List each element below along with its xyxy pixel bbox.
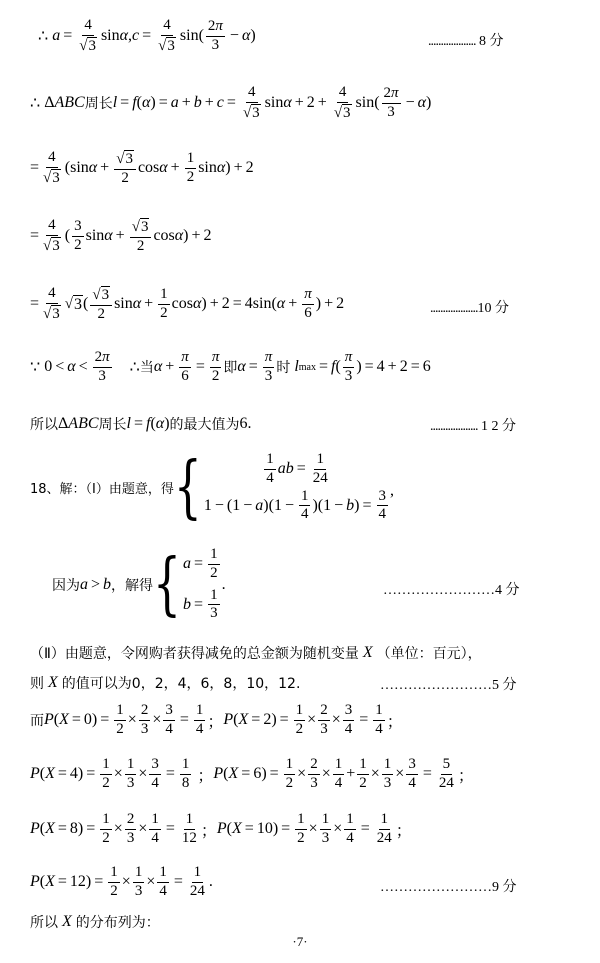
left-brace-icon: { <box>153 526 181 642</box>
fraction: 4√3 <box>41 218 63 254</box>
text-line-distribution: 所以 X 的分布列为： <box>30 912 160 932</box>
fraction: 4√3 <box>332 85 354 121</box>
score-9: ……………………9 分 <box>380 876 517 896</box>
therefore-symbol: ∴ <box>38 26 48 46</box>
probability-line-12: P(X=12)=12×13×14=124. <box>30 865 213 900</box>
question-18-system: 18、解：（Ⅰ）由题意，得 { 14ab=124 1−(1−a)(1−14)(1… <box>30 452 394 523</box>
equation-line-a-c: ∴ a= 4√3 sinα,c= 4√3 sin(2π3−α) <box>38 18 256 54</box>
fraction: √32 <box>114 150 136 186</box>
probability-line-0-2: 而P(X=0)=12×23×34=14；P(X=2)=12×23×34=14； <box>30 703 403 738</box>
fraction: 12 <box>185 151 197 186</box>
fraction: π3 <box>343 350 355 385</box>
text-line-max-value: 所以ΔABC周长l=f(α)的最大值为6. <box>30 414 252 434</box>
equation-line-simplify: =4√3√3(√32sinα+12cosα)+2=4sin(α+π6)+2 <box>30 286 344 322</box>
solution-a-b: 因为a>b，解得 { a=12 b=13 . <box>52 547 226 622</box>
probability-line-8-10: P(X=8)=12×23×14=112；P(X=10)=12×13×14=124… <box>30 812 412 847</box>
text-line-part-2: （Ⅱ）由题意，令网购者获得减免的总金额为随机变量 X （单位：百元）， <box>30 643 482 663</box>
fraction: 4√3 <box>156 18 178 54</box>
score-8: ................... 8 分 <box>428 30 504 50</box>
fraction: 4√3 <box>241 85 263 121</box>
solution-system: { a=12 b=13 <box>153 547 222 622</box>
fraction: 2π3 <box>382 86 401 121</box>
equation-system: { 14ab=124 1−(1−a)(1−14)(1−b)=34 <box>174 452 390 523</box>
fraction: √32 <box>130 218 152 254</box>
page-number: ·7· <box>0 934 600 950</box>
fraction: π2 <box>210 350 222 385</box>
fraction: 4√3 <box>41 286 63 322</box>
fraction: √32 <box>90 286 112 322</box>
equation-line-perimeter: ∴ ΔABC周长l=f(α)=a+b+c= 4√3 sinα+2+ 4√3 si… <box>30 85 431 121</box>
fraction: 4√3 <box>77 18 99 54</box>
probability-line-4-6: P(X=4)=12×13×34=18 ；P(X=6)=12×23×14+12×1… <box>30 757 474 792</box>
fraction: 32 <box>72 219 84 254</box>
fraction: 2π3 <box>206 19 225 54</box>
score-4: ……………………4 分 <box>383 579 520 599</box>
score-5: ……………………5 分 <box>380 674 517 694</box>
fraction: 2π3 <box>93 350 112 385</box>
fraction: π6 <box>302 287 314 322</box>
fraction: 4√3 <box>41 150 63 186</box>
score-12: ................... 1 2 分 <box>430 415 516 435</box>
equation-line-expand-1: =4√3(sinα+√32cosα+12sinα)+2 <box>30 150 254 186</box>
equation-line-range-max: ∵ 0<α<2π3 ∴当α+π6=π2即α=π3时 lmax=f(π3)=4+2… <box>30 350 431 385</box>
fraction: π3 <box>263 350 275 385</box>
text-line-x-values: 则 X 的值可以为0，2，4，6，8，10，12. <box>30 673 300 693</box>
fraction: π6 <box>179 350 191 385</box>
fraction: 12 <box>158 287 170 322</box>
equation-line-expand-2: =4√3(32sinα+√32cosα)+2 <box>30 218 212 254</box>
score-10: ...................10 分 <box>430 297 509 317</box>
